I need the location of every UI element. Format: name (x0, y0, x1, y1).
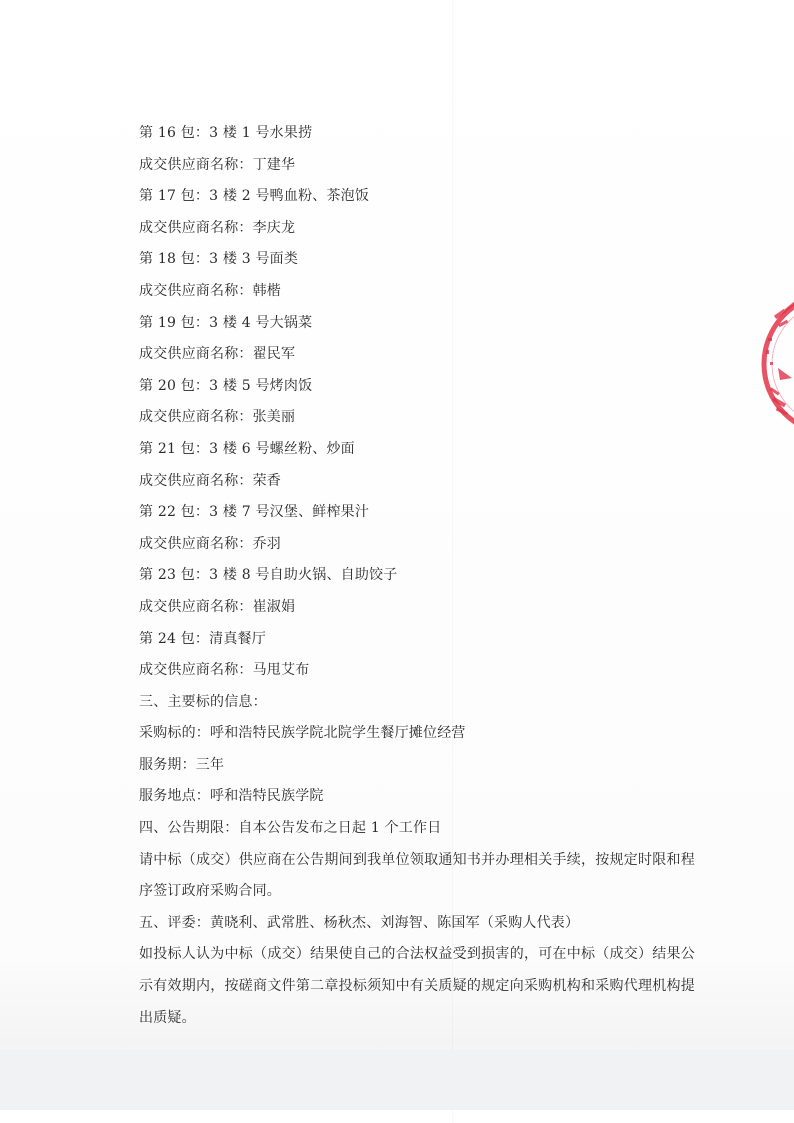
supplier-18-line: 成交供应商名称：韩楷 (139, 276, 699, 308)
package-24-line: 第 24 包：清真餐厅 (139, 624, 699, 656)
package-18-line: 第 18 包：3 楼 3 号面类 (139, 244, 699, 276)
document-body: 第 16 包：3 楼 1 号水果捞 成交供应商名称：丁建华 第 17 包：3 楼… (139, 118, 699, 1034)
document-page: 第 16 包：3 楼 1 号水果捞 成交供应商名称：丁建华 第 17 包：3 楼… (0, 0, 794, 1123)
section-3-heading: 三、主要标的信息： (139, 687, 699, 719)
package-20-line: 第 20 包：3 楼 5 号烤肉饭 (139, 371, 699, 403)
evaluators-line: 五、评委：黄晓利、武常胜、杨秋杰、刘海智、陈国军（采购人代表） (139, 908, 699, 940)
package-19-line: 第 19 包：3 楼 4 号大锅菜 (139, 308, 699, 340)
section-4-heading: 四、公告期限：自本公告发布之日起 1 个工作日 (139, 813, 699, 845)
scan-shadow-band (0, 1050, 794, 1110)
supplier-17-line: 成交供应商名称：李庆龙 (139, 213, 699, 245)
package-22-line: 第 22 包：3 楼 7 号汉堡、鲜榨果汁 (139, 497, 699, 529)
procurement-subject-line: 采购标的：呼和浩特民族学院北院学生餐厅摊位经营 (139, 718, 699, 750)
notice-paragraph: 请中标（成交）供应商在公告期间到我单位领取通知书并办理相关手续，按规定时限和程序… (139, 845, 695, 908)
service-period-line: 服务期：三年 (139, 750, 699, 782)
official-seal-stamp (752, 282, 794, 452)
supplier-19-line: 成交供应商名称：翟民军 (139, 339, 699, 371)
supplier-20-line: 成交供应商名称：张美丽 (139, 402, 699, 434)
package-23-line: 第 23 包：3 楼 8 号自助火锅、自助饺子 (139, 560, 699, 592)
supplier-22-line: 成交供应商名称：乔羽 (139, 529, 699, 561)
supplier-16-line: 成交供应商名称：丁建华 (139, 150, 699, 182)
supplier-24-line: 成交供应商名称：马甩艾布 (139, 655, 699, 687)
supplier-21-line: 成交供应商名称：荣香 (139, 466, 699, 498)
supplier-23-line: 成交供应商名称：崔淑娟 (139, 592, 699, 624)
package-17-line: 第 17 包：3 楼 2 号鸭血粉、茶泡饭 (139, 181, 699, 213)
service-location-line: 服务地点：呼和浩特民族学院 (139, 781, 699, 813)
package-21-line: 第 21 包：3 楼 6 号螺丝粉、炒面 (139, 434, 699, 466)
seal-icon (752, 282, 794, 452)
package-16-line: 第 16 包：3 楼 1 号水果捞 (139, 118, 699, 150)
objection-paragraph: 如投标人认为中标（成交）结果使自己的合法权益受到损害的，可在中标（成交）结果公示… (139, 939, 695, 1034)
